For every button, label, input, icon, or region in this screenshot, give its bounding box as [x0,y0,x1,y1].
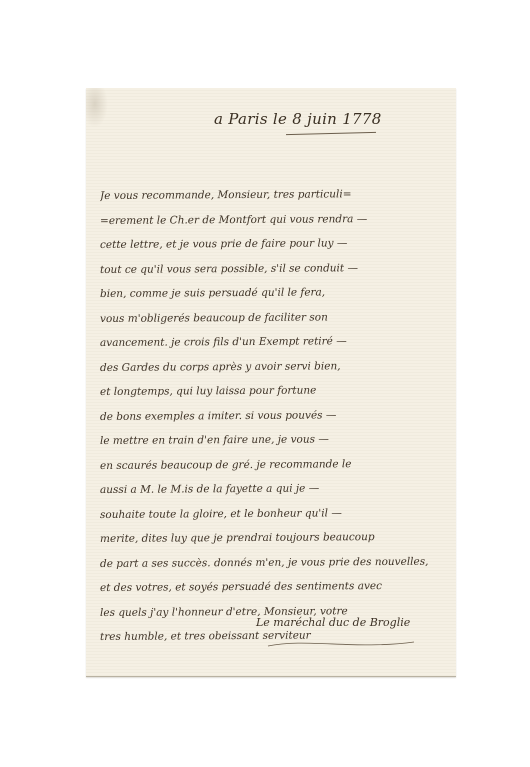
paper-stain [86,88,108,128]
letter-line: et longtemps, qui luy laissa pour fortun… [100,378,448,405]
dateline-underline [286,132,376,135]
letter-signature: Le maréchal duc de Broglie [256,616,410,629]
letter-body: Je vous recommande, Monsieur, tres parti… [100,184,448,650]
letter-line: le mettre en train d'en faire une, je vo… [100,427,448,454]
letter-line: en scaurés beaucoup de gré. je recommand… [100,451,448,478]
letter-line: et des votres, et soyés persuadé des sen… [100,574,448,601]
letter-line: vous m'obligerés beaucoup de faciliter s… [100,304,448,331]
letter-line: =erement le Ch.er de Montfort qui vous r… [100,206,448,233]
signature-flourish-icon [266,636,416,652]
letter-line: merite, dites luy que je prendrai toujou… [100,525,448,552]
letter-line: tout ce qu'il vous sera possible, s'il s… [100,255,448,282]
letter-line: souhaite toute la gloire, et le bonheur … [100,500,448,527]
letter-line: Je vous recommande, Monsieur, tres parti… [100,182,448,209]
letter-dateline: a Paris le 8 juin 1778 [214,110,382,128]
letter-line: cette lettre, et je vous prie de faire p… [100,231,448,258]
letter-line: aussi a M. le M.is de la fayette a qui j… [100,476,448,503]
letter-line: de part a ses succès. donnés m'en, je vo… [100,549,448,576]
letter-line: de bons exemples a imiter. si vous pouvé… [100,402,448,429]
letter-paper: a Paris le 8 juin 1778 Je vous recommand… [86,88,456,677]
letter-line: des Gardes du corps après y avoir servi … [100,353,448,380]
letter-line: bien, comme je suis persuadé qu'il le fe… [100,280,448,307]
letter-line: avancement. je crois fils d'un Exempt re… [100,329,448,356]
